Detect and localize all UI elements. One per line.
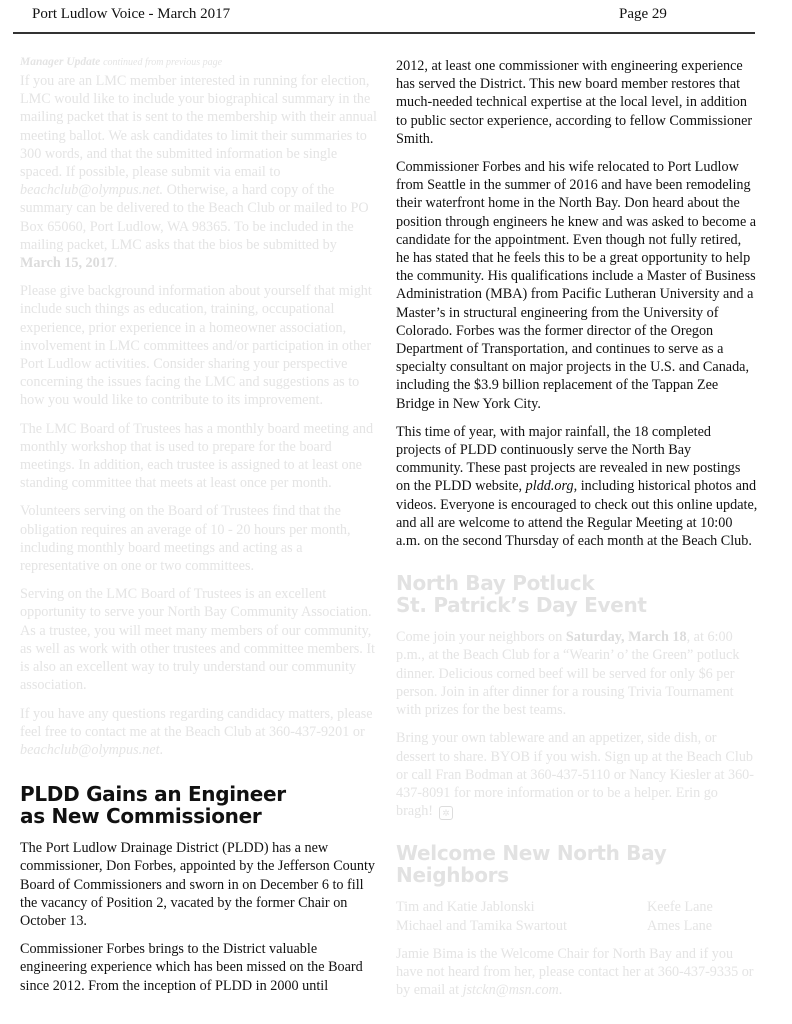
deadline: March 15, 2017 [20,255,114,271]
left-column: Manager Update continued from previous p… [20,55,380,1005]
page-header: Port Ludlow Voice - March 2017 Page 29 [32,4,754,30]
paragraph: Volunteers serving on the Board of Trust… [20,502,380,575]
text: Come join your neighbors on [396,629,566,645]
paragraph: If you have any questions regarding cand… [20,705,380,760]
welcome-article: Welcome New North Bay Neighbors Tim and … [396,842,758,999]
website-link[interactable]: pldd.org, [526,478,578,494]
paragraph: Serving on the LMC Board of Trustees is … [20,585,380,694]
paragraph: Please give background information about… [20,282,380,409]
neighbor-names: Tim and Katie Jablonski [396,898,647,916]
paragraph: The LMC Board of Trustees has a monthly … [20,420,380,493]
email-link[interactable]: beachclub@olympus.net [20,742,160,758]
pldd-headline: PLDD Gains an Engineeras New Commissione… [20,783,380,827]
paragraph: This time of year, with major rainfall, … [396,423,758,550]
paragraph: 2012, at least one commissioner with eng… [396,57,758,148]
potluck-headline: North Bay PotluckSt. Patrick’s Day Event [396,572,758,616]
page-number: Page 29 [619,6,667,23]
text: . [160,742,164,758]
kicker-note: continued from previous page [103,57,222,68]
paragraph: Commissioner Forbes and his wife relocat… [396,158,758,413]
paragraph: Come join your neighbors on Saturday, Ma… [396,628,758,719]
paragraph: The Port Ludlow Drainage District (PLDD)… [20,839,380,930]
neighbor-names: Michael and Tamika Swartout [396,917,647,935]
email-link[interactable]: jstckn@msn.com [463,982,559,998]
event-date: Saturday, March 18 [566,629,687,645]
continued-kicker: Manager Update continued from previous p… [20,55,380,70]
paragraph: If you are an LMC member interested in r… [20,72,380,272]
text: If you are an LMC member interested in r… [20,73,377,180]
welcome-headline: Welcome New North Bay Neighbors [396,842,758,886]
headline-line: North Bay Potluck [396,571,594,595]
pldd-article: PLDD Gains an Engineeras New Commissione… [20,783,380,995]
text: . [114,255,118,271]
text: Jamie Bima is the Welcome Chair for Nort… [396,946,754,998]
paragraph: Jamie Bima is the Welcome Chair for Nort… [396,945,758,1000]
headline-line: PLDD Gains an Engineer [20,782,286,806]
potluck-article: North Bay PotluckSt. Patrick’s Day Event… [396,572,758,820]
publication-title: Port Ludlow Voice - March 2017 [32,6,230,23]
text: If you have any questions regarding cand… [20,706,373,740]
pldd-article-continued: 2012, at least one commissioner with eng… [396,57,758,550]
paragraph: Bring your own tableware and an appetize… [396,729,758,820]
neighbor-street: Ames Lane [647,917,757,935]
neighbor-street: Keefe Lane [647,898,757,916]
manager-update-continued: Manager Update continued from previous p… [20,55,380,759]
kicker-label: Manager Update [20,56,100,68]
neighbors-list: Tim and Katie Jablonski Keefe Lane Micha… [396,898,758,934]
shamrock-icon: ✲ [439,806,453,820]
right-column: 2012, at least one commissioner with eng… [396,57,758,1009]
email-link[interactable]: beachclub@olympus.net. [20,182,163,198]
paragraph: Commissioner Forbes brings to the Distri… [20,940,380,995]
header-rule [13,32,755,34]
headline-line: St. Patrick’s Day Event [396,593,647,617]
text: . [559,982,563,998]
headline-line: as New Commissioner [20,804,261,828]
